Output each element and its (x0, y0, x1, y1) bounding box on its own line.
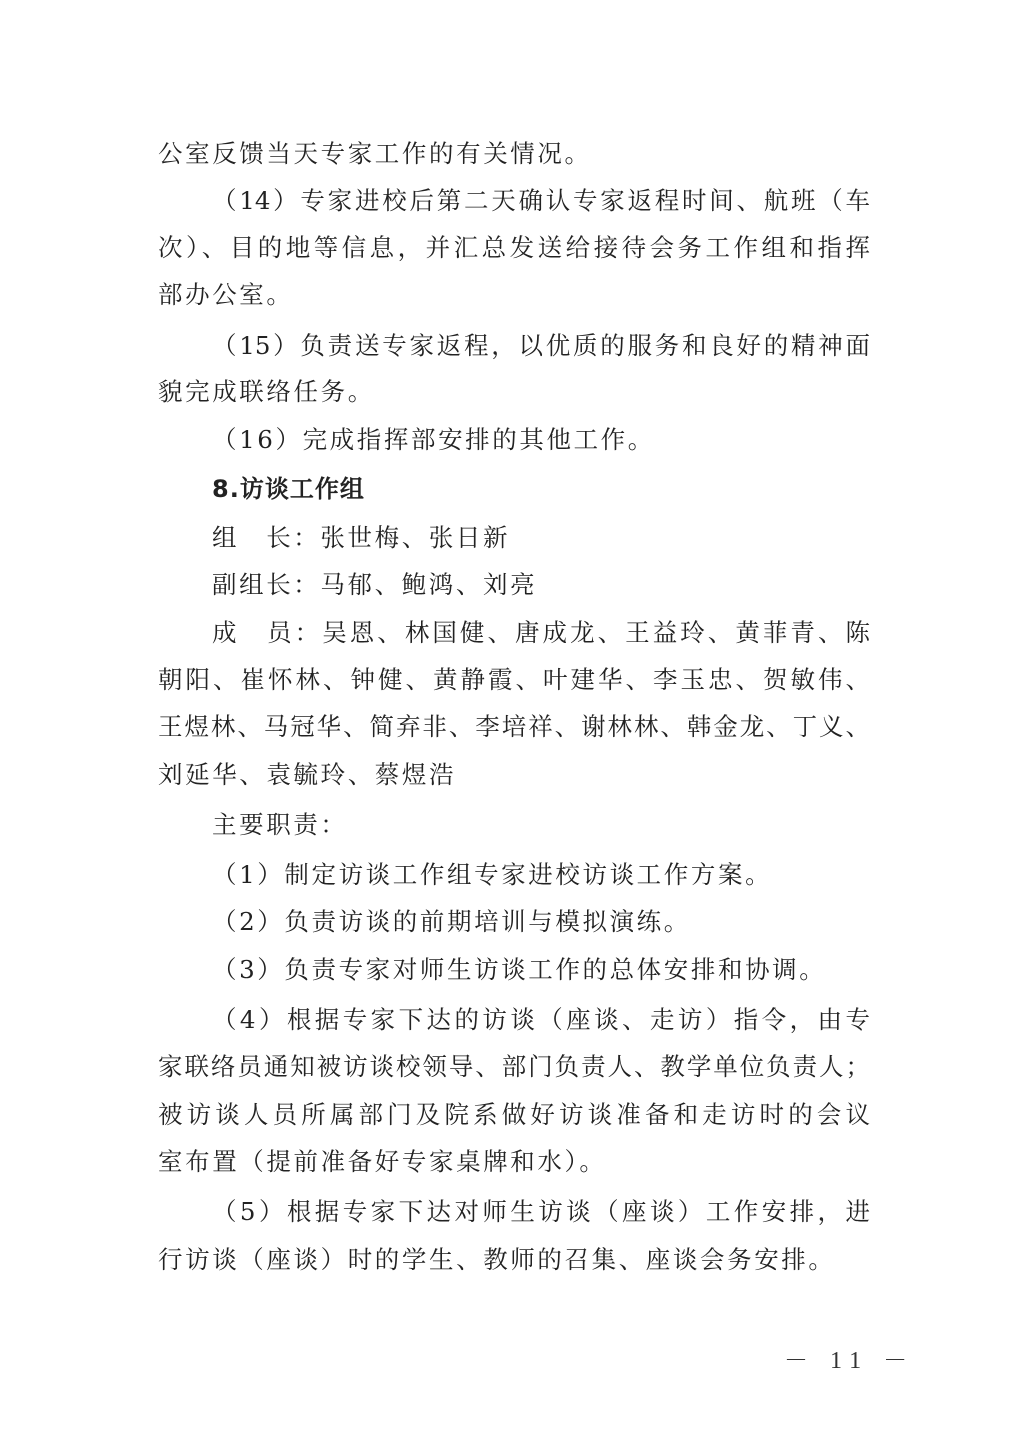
members-label: 成 员： (212, 618, 322, 647)
text-line: （16）完成指挥部安排的其他工作。 (212, 416, 655, 463)
members-line: 朝阳、崔怀林、钟健、黄静霞、叶建华、李玉忠、贺敏伟、 (158, 656, 870, 703)
members-row: 成 员：吴恩、林国健、唐成龙、王益玲、黄菲青、陈 (212, 609, 870, 656)
leader-names: 张世梅、张日新 (320, 523, 510, 552)
duty-item-line: 行访谈（座谈）时的学生、教师的召集、座谈会务安排。 (158, 1236, 836, 1283)
text-line: 次）、目的地等信息，并汇总发送给接待会务工作组和指挥 (158, 224, 870, 271)
section-heading: 8.访谈工作组 (212, 466, 365, 513)
leader-row: 组 长：张世梅、张日新 (212, 514, 510, 561)
text-line: 公室反馈当天专家工作的有关情况。 (158, 130, 592, 177)
duty-item-line: 室布置（提前准备好专家桌牌和水）。 (158, 1138, 606, 1185)
duties-label: 主要职责： (212, 801, 348, 848)
text-line: 部办公室。 (158, 271, 294, 318)
duty-item-line: 家联络员通知被访谈校领导、部门负责人、教学单位负责人； (158, 1043, 870, 1090)
text-line: 貌完成联络任务。 (158, 368, 375, 415)
duty-item: （2）负责访谈的前期培训与模拟演练。 (212, 898, 691, 945)
members-names: 吴恩、林国健、唐成龙、王益玲、黄菲青、陈 (322, 618, 870, 647)
leader-label: 组 长： (212, 523, 320, 552)
duty-item: （1）制定访谈工作组专家进校访谈工作方案。 (212, 851, 772, 898)
duty-item: （5）根据专家下达对师生访谈（座谈）工作安排，进 (212, 1188, 870, 1235)
deputy-names: 马郁、鲍鸿、刘亮 (320, 570, 537, 599)
text-line: （14）专家进校后第二天确认专家返程时间、航班（车 (212, 177, 870, 224)
duty-item-line: 被访谈人员所属部门及院系做好访谈准备和走访时的会议 (158, 1091, 870, 1138)
members-line: 王煜林、马冠华、简弃非、李培祥、谢林林、韩金龙、丁义、 (158, 703, 870, 750)
text-line: （15）负责送专家返程，以优质的服务和良好的精神面 (212, 322, 870, 369)
deputy-row: 副组长：马郁、鲍鸿、刘亮 (212, 561, 537, 608)
duty-item: （4）根据专家下达的访谈（座谈、走访）指令，由专 (212, 996, 870, 1043)
page-number: － 11 － (784, 1340, 915, 1375)
deputy-label: 副组长： (212, 570, 320, 599)
members-line: 刘延华、袁毓玲、蔡煜浩 (158, 751, 456, 798)
duty-item: （3）负责专家对师生访谈工作的总体安排和协调。 (212, 946, 826, 993)
